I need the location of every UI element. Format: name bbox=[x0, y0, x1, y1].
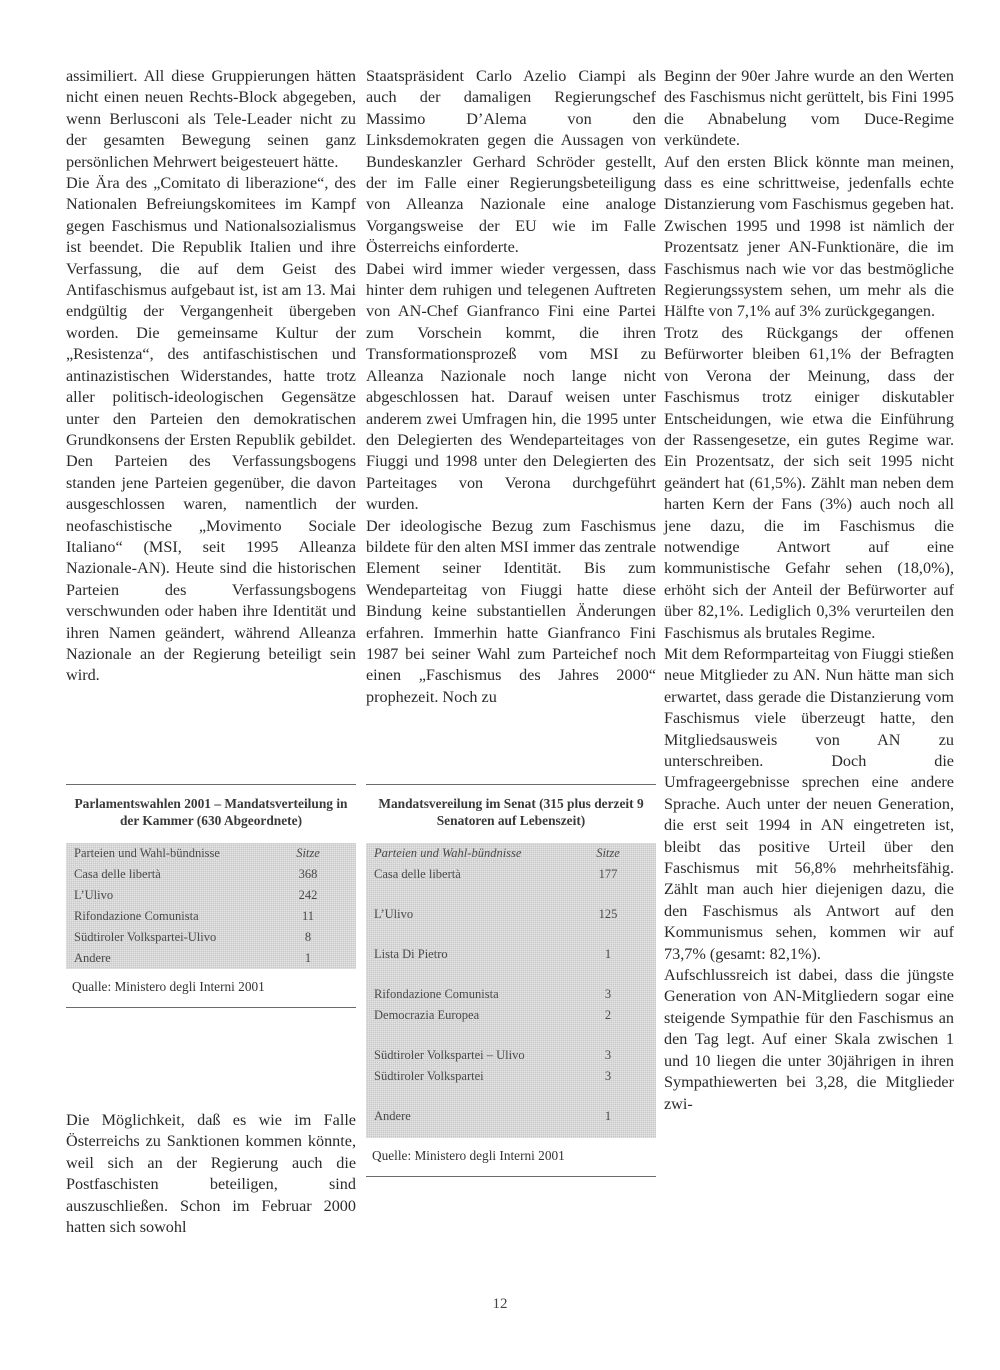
paragraph: Auf den ersten Blick könnte man meinen, … bbox=[664, 152, 954, 323]
chamber-seats-table: Parteien und Wahl-bündnisse Sitze Casa d… bbox=[66, 843, 356, 969]
party-cell: Südtiroler Volkspartei-Ulivo bbox=[66, 927, 260, 948]
senate-seats-box: Mandatsvereilung im Senat (315 plus derz… bbox=[366, 784, 656, 1177]
seats-cell: 1 bbox=[560, 1106, 656, 1138]
paragraph: Staatspräsident Carlo Azelio Ciampi als … bbox=[366, 66, 656, 259]
paragraph: Trotz des Rückgangs der offenen Befürwor… bbox=[664, 323, 954, 644]
seats-cell: 177 bbox=[560, 864, 656, 904]
party-cell: Casa delle libertà bbox=[66, 864, 260, 885]
paragraph: Die Ära des „Comitato di liberazione“, d… bbox=[66, 173, 356, 687]
table-row: Südtiroler Volkspartei – Ulivo3 bbox=[366, 1045, 656, 1066]
column-1-continued: Die Möglichkeit, daß es wie im Falle Öst… bbox=[66, 1110, 356, 1238]
table-header-row: Parteien und Wahl-bündnisse Sitze bbox=[366, 843, 656, 864]
paragraph: assimiliert. All diese Gruppierungen hät… bbox=[66, 66, 356, 173]
header-party: Parteien und Wahl-bündnisse bbox=[66, 843, 260, 864]
divider bbox=[366, 1176, 656, 1177]
seats-cell: 242 bbox=[260, 885, 356, 906]
party-cell: Andere bbox=[366, 1106, 560, 1138]
paragraph: Mit dem Reformparteitag von Fiuggi stieß… bbox=[664, 644, 954, 965]
column-3: Beginn der 90er Jahre wurde an den Werte… bbox=[664, 66, 954, 1115]
paragraph: Die Möglichkeit, daß es wie im Falle Öst… bbox=[66, 1110, 356, 1238]
header-seats: Sitze bbox=[260, 843, 356, 864]
table-row: Andere1 bbox=[366, 1106, 656, 1138]
paragraph: Aufschlussreich ist dabei, dass die jüng… bbox=[664, 965, 954, 1115]
table-row: Rifondazione Comunista11 bbox=[66, 906, 356, 927]
seats-cell: 1 bbox=[560, 944, 656, 984]
chamber-source: Qualle: Ministero degli Interni 2001 bbox=[72, 979, 356, 995]
party-cell: Democrazia Europea bbox=[366, 1005, 560, 1045]
page-number: 12 bbox=[0, 1296, 1000, 1313]
seats-cell: 2 bbox=[560, 1005, 656, 1045]
table-row: L’Ulivo242 bbox=[66, 885, 356, 906]
party-cell: Südtiroler Volkspartei – Ulivo bbox=[366, 1045, 560, 1066]
party-cell: L’Ulivo bbox=[366, 904, 560, 944]
table-row: Südtiroler Volkspartei3 bbox=[366, 1066, 656, 1106]
divider bbox=[66, 1007, 356, 1008]
senate-table-title: Mandatsvereilung im Senat (315 plus derz… bbox=[366, 795, 656, 829]
party-cell: Lista Di Pietro bbox=[366, 944, 560, 984]
paragraph: Der ideologische Bezug zum Faschismus bi… bbox=[366, 516, 656, 709]
seats-cell: 3 bbox=[560, 1045, 656, 1066]
table-row: Andere1 bbox=[66, 948, 356, 969]
table-row: Casa delle libertà177 bbox=[366, 864, 656, 904]
table-row: Lista Di Pietro1 bbox=[366, 944, 656, 984]
table-row: L’Ulivo125 bbox=[366, 904, 656, 944]
seats-cell: 125 bbox=[560, 904, 656, 944]
senate-source: Quelle: Ministero degli Interni 2001 bbox=[372, 1148, 656, 1164]
chamber-seats-box: Parlamentswahlen 2001 – Mandatsverteilun… bbox=[66, 784, 356, 1008]
column-1: assimiliert. All diese Gruppierungen hät… bbox=[66, 66, 356, 687]
party-cell: Südtiroler Volkspartei bbox=[366, 1066, 560, 1106]
party-cell: Rifondazione Comunista bbox=[66, 906, 260, 927]
table-header-row: Parteien und Wahl-bündnisse Sitze bbox=[66, 843, 356, 864]
seats-cell: 1 bbox=[260, 948, 356, 969]
paragraph: Dabei wird immer wieder vergessen, dass … bbox=[366, 259, 656, 516]
senate-seats-table: Parteien und Wahl-bündnisse Sitze Casa d… bbox=[366, 843, 656, 1138]
table-row: Democrazia Europea2 bbox=[366, 1005, 656, 1045]
party-cell: Rifondazione Comunista bbox=[366, 984, 560, 1005]
divider bbox=[66, 784, 356, 785]
party-cell: L’Ulivo bbox=[66, 885, 260, 906]
chamber-table-title: Parlamentswahlen 2001 – Mandatsverteilun… bbox=[66, 795, 356, 829]
column-2: Staatspräsident Carlo Azelio Ciampi als … bbox=[366, 66, 656, 708]
paragraph: Beginn der 90er Jahre wurde an den Werte… bbox=[664, 66, 954, 152]
seats-cell: 8 bbox=[260, 927, 356, 948]
divider bbox=[366, 784, 656, 785]
party-cell: Andere bbox=[66, 948, 260, 969]
header-seats: Sitze bbox=[560, 843, 656, 864]
seats-cell: 3 bbox=[560, 984, 656, 1005]
table-row: Südtiroler Volkspartei-Ulivo8 bbox=[66, 927, 356, 948]
table-row: Casa delle libertà368 bbox=[66, 864, 356, 885]
seats-cell: 368 bbox=[260, 864, 356, 885]
header-party: Parteien und Wahl-bündnisse bbox=[366, 843, 560, 864]
party-cell: Casa delle libertà bbox=[366, 864, 560, 904]
seats-cell: 3 bbox=[560, 1066, 656, 1106]
seats-cell: 11 bbox=[260, 906, 356, 927]
table-row: Rifondazione Comunista3 bbox=[366, 984, 656, 1005]
